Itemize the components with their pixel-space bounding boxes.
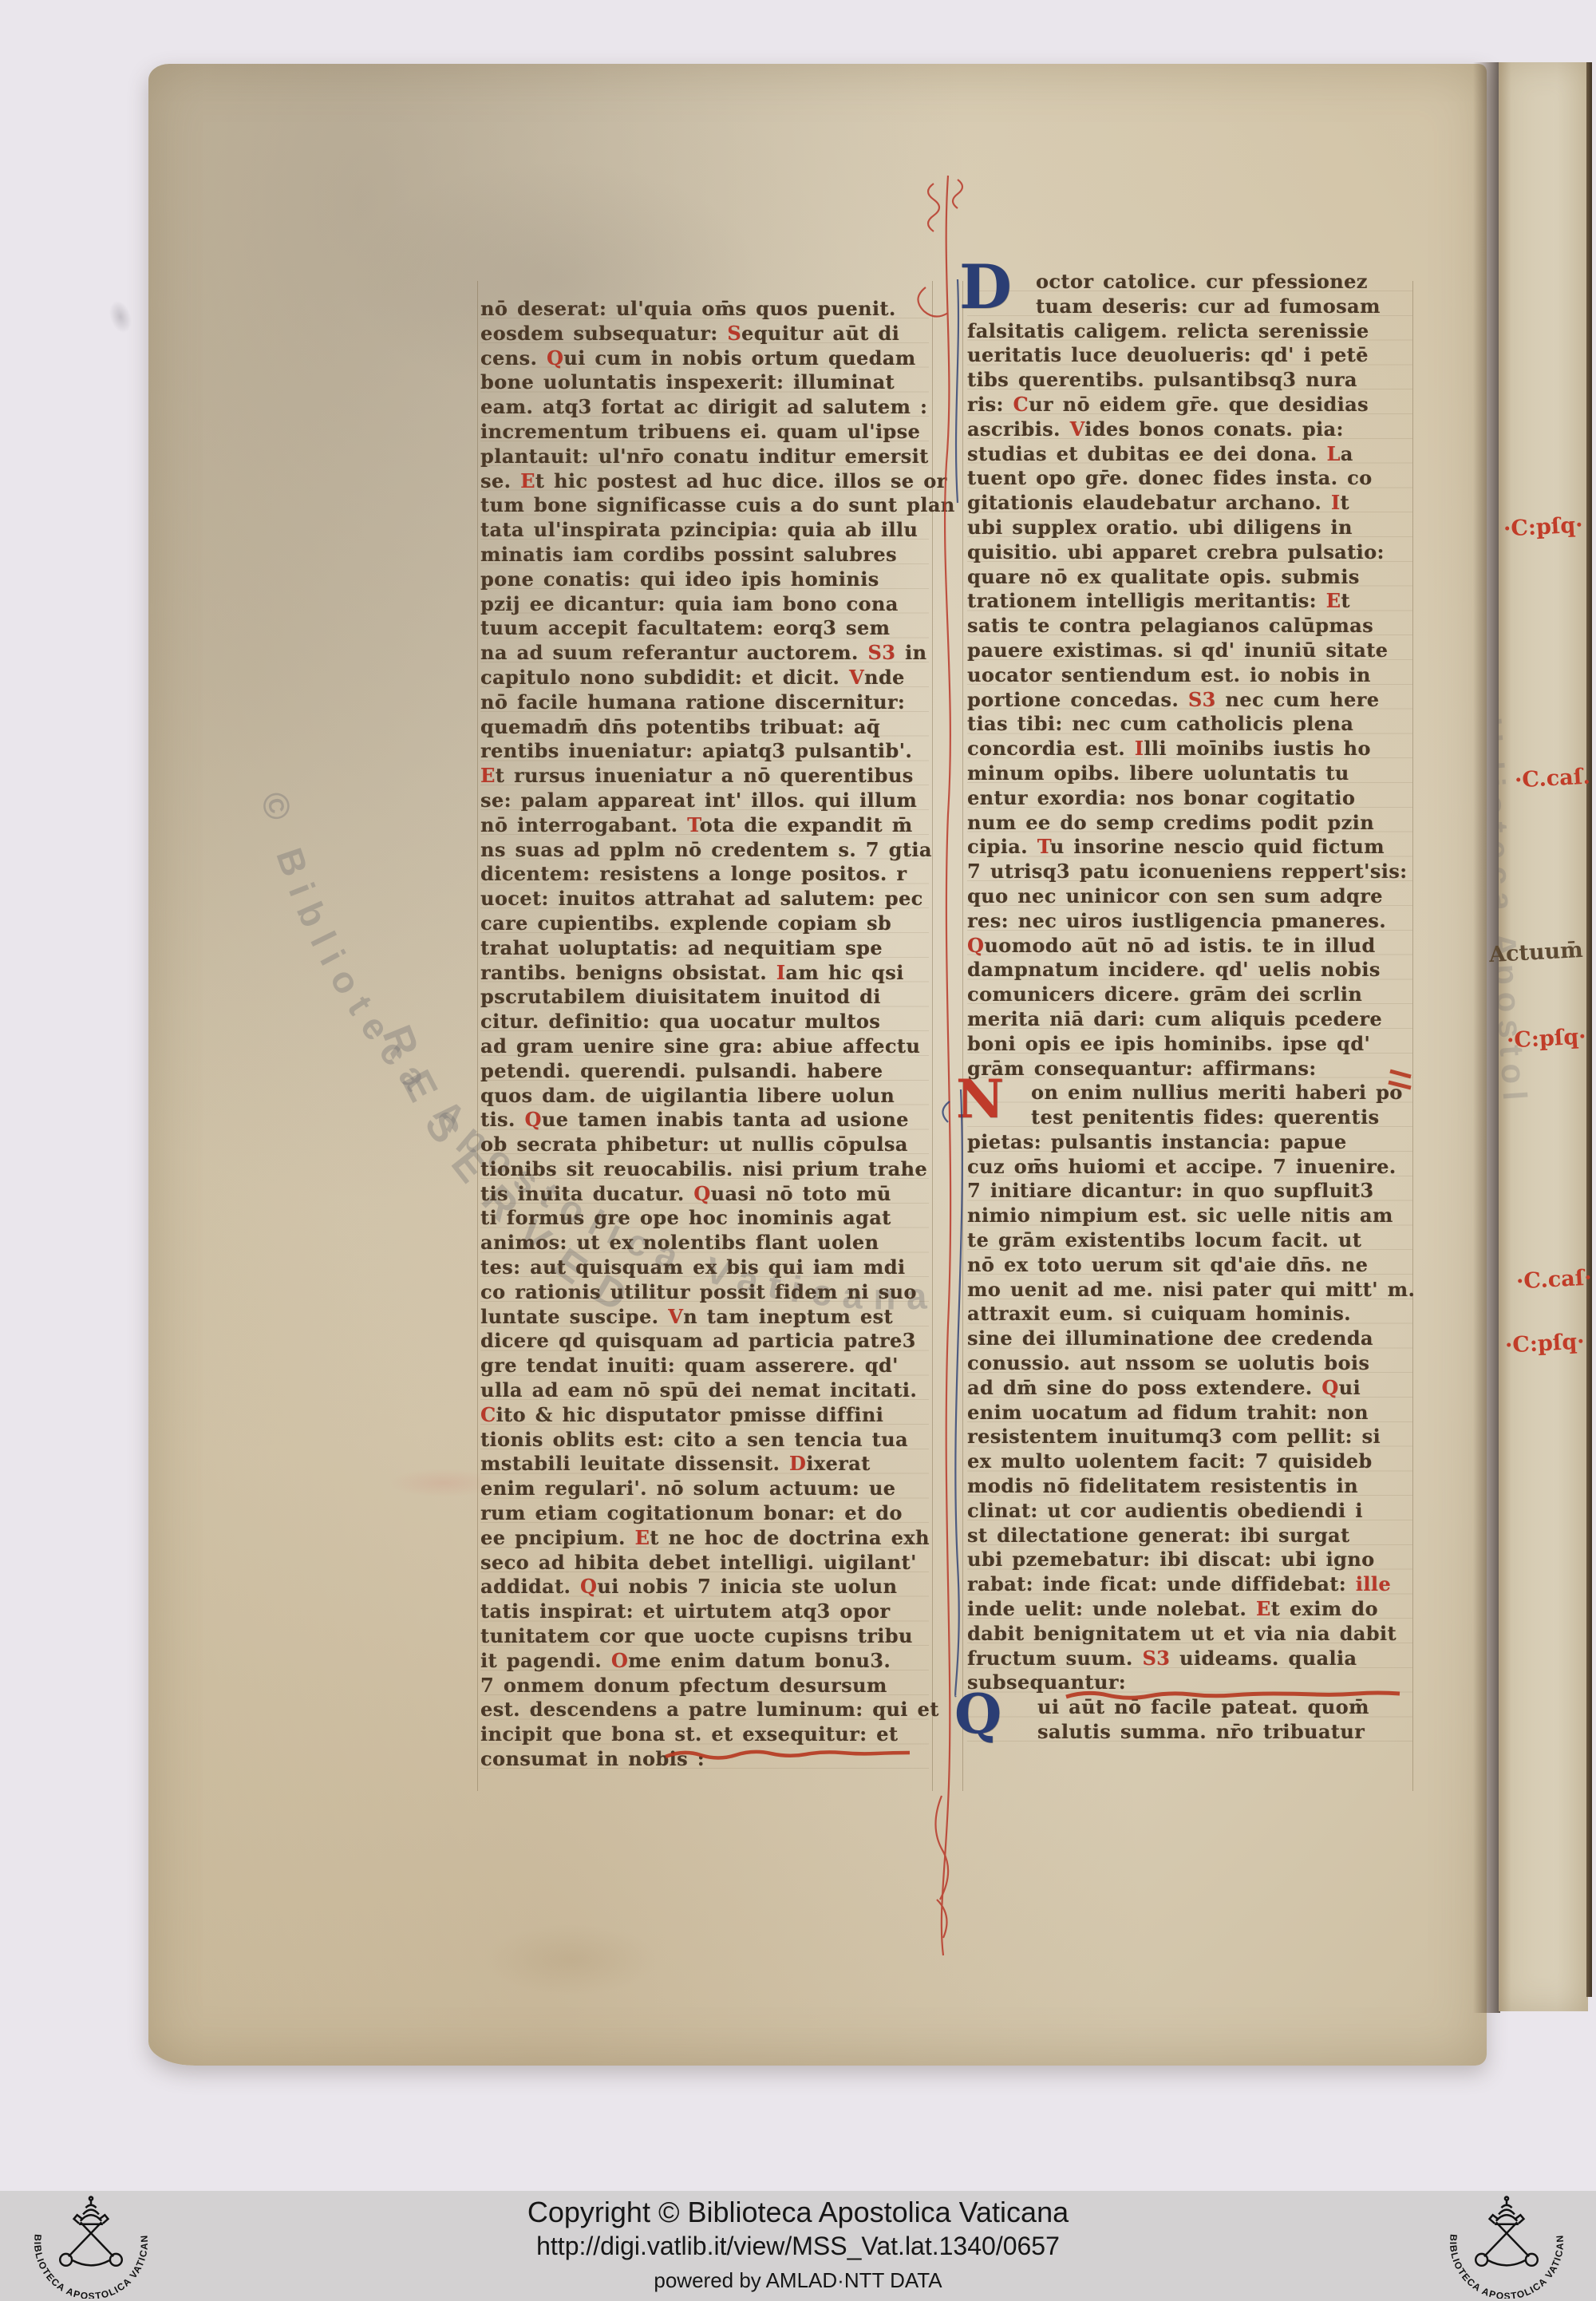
- manuscript-line: minum opibs. libere uoluntatis tu: [967, 761, 1412, 786]
- manuscript-line: uocet: inuitos attrahat ad salutem: pec: [480, 887, 929, 911]
- manuscript-line: capitulo nono subdidit: et dicit. Vnde: [480, 666, 929, 690]
- margin-note: Actuum̄: [1488, 938, 1583, 967]
- manuscript-line: tis inuita ducatur. Quasi nō toto mū: [480, 1182, 929, 1207]
- manuscript-line: 7 utrisq3 patu iconueniens reppert'sis:: [967, 860, 1412, 884]
- manuscript-line: modis nō fidelitatem resistentis in: [967, 1474, 1412, 1499]
- manuscript-line: st dilectatione generat: ibi surgat: [967, 1524, 1412, 1548]
- manuscript-line: dampnatum incidere. qd' uelis nobis: [967, 958, 1412, 982]
- margin-note: ·C:pſq·: [1504, 1329, 1585, 1358]
- manuscript-line: tuam deseris: cur ad fumosam: [967, 295, 1412, 319]
- manuscript-line: sine dei illuminatione dee credenda: [967, 1326, 1412, 1351]
- manuscript-line: resistentem inuitumq3 com pellit: si: [967, 1425, 1412, 1449]
- manuscript-line: grām consequantur: affirmans:: [967, 1057, 1412, 1081]
- illuminated-initial-N: N: [956, 1073, 1004, 1125]
- manuscript-line: tuum accepit facultatem: eorq3 sem: [480, 616, 929, 641]
- manuscript-line: dabit benignitatem ut et via nia dabit: [967, 1622, 1412, 1647]
- manuscript-line: animos: ut ex nolentibs flant uolen: [480, 1231, 929, 1255]
- manuscript-line: nō ex toto uerum sit qd'aie dn̄s. ne: [967, 1253, 1412, 1278]
- manuscript-line: te grām existentibs locum facit. ut: [967, 1228, 1412, 1253]
- manuscript-line: pietas: pulsantis instancia: papue: [967, 1130, 1412, 1155]
- manuscript-line: satis te contra pelagianos calūpmas: [967, 614, 1412, 639]
- manuscript-line: tes: aut quisquam ex bis qui iam mdi: [480, 1255, 929, 1280]
- manuscript-line: luntate suscipe. Vn tam ineptum est: [480, 1305, 929, 1330]
- manuscript-line: bone uoluntatis inspexerit: illuminat: [480, 370, 929, 395]
- manuscript-line: cens. Qui cum in nobis ortum quedam: [480, 346, 929, 371]
- manuscript-line: rabat: inde ficat: unde diffidebat: ille: [967, 1572, 1412, 1597]
- manuscript-line: enim uocatum ad fidum trahit: non: [967, 1401, 1412, 1425]
- manuscript-line: pone conatis: qui ideo ipis hominis: [480, 567, 929, 592]
- manuscript-line: est. descendens a patre luminum: qui et: [480, 1698, 929, 1722]
- svg-text:BIBLIOTECA APOSTOLICA VATICANA: BIBLIOTECA APOSTOLICA VATICANA: [1433, 2193, 1566, 2299]
- manuscript-line: salutis summa. nr̄o tribuatur: [967, 1720, 1412, 1745]
- manuscript-line: enim regulari'. nō solum actuum: ue: [480, 1477, 929, 1501]
- manuscript-line: it pagendi. Ome enim datum bonu3.: [480, 1649, 929, 1674]
- manuscript-line: gre tendat inuiti: quam asserere. qd': [480, 1354, 929, 1378]
- stray-mark: [105, 298, 136, 336]
- manuscript-line: gitationis elaudebatur archano. It: [967, 491, 1412, 516]
- manuscript-line: ns suas ad pplm nō credentem s. 7 gtia: [480, 838, 929, 863]
- manuscript-line: entur exordia: nos bonar cogitatio: [967, 786, 1412, 811]
- manuscript-line: portione concedas. S3 nec cum here: [967, 688, 1412, 713]
- manuscript-line: tata ul'inspirata pzincipia: quia ab ill…: [480, 518, 929, 543]
- parchment-stain: [484, 1923, 659, 1995]
- manuscript-line: pzij ee dicantur: quia iam bono cona: [480, 592, 929, 617]
- manuscript-line: Cito & hic disputator pmisse diffini: [480, 1403, 929, 1428]
- manuscript-line: ubi pzemebatur: ibi discat: ubi igno: [967, 1548, 1412, 1572]
- manuscript-line: ad dm̄ sine do poss extendere. Qui: [967, 1376, 1412, 1401]
- manuscript-line: nō interrogabant. Tota die expandit m̄: [480, 813, 929, 838]
- manuscript-line: quo nec uninicor con sen sum adqre: [967, 884, 1412, 909]
- manuscript-line: eam. atq3 fortat ac dirigit ad salutem :: [480, 395, 929, 420]
- manuscript-line: minatis iam cordibs possint salubres: [480, 543, 929, 567]
- manuscript-line: tis. Que tamen inabis tanta ad usione: [480, 1108, 929, 1133]
- manuscript-line: pscrutabilem diuisitatem inuitod di: [480, 985, 929, 1010]
- ruling-line: [477, 281, 478, 1791]
- manuscript-line: addidat. Qui nobis 7 inicia ste uolun: [480, 1575, 929, 1599]
- manuscript-line: pauere existimas. si qd' inuniū sitate: [967, 639, 1412, 663]
- manuscript-line: trahat uoluptatis: ad nequitiam spe: [480, 936, 929, 961]
- manuscript-line: 7 initiare dicantur: in quo supfluit3: [967, 1179, 1412, 1204]
- manuscript-line: attraxit eum. si cuiquam hominis.: [967, 1302, 1412, 1326]
- footer-powered-by: powered by AMLAD·NTT DATA: [0, 2268, 1596, 2293]
- manuscript-line: ulla ad eam nō spū dei nemat incitati.: [480, 1378, 929, 1403]
- manuscript-line: petendi. querendi. pulsandi. habere: [480, 1059, 929, 1084]
- manuscript-line: tuent opo gr̄e. donec fides insta. co: [967, 466, 1412, 491]
- manuscript-line: nō deserat: ul'quia om̄s quos puenit.: [480, 297, 929, 322]
- footer-copyright: Copyright © Biblioteca Apostolica Vatica…: [0, 2196, 1596, 2229]
- manuscript-line: co rationis utilitur possit fidem ni suo: [480, 1280, 929, 1305]
- manuscript-line: se: palam appareat int' illos. qui illum: [480, 789, 929, 813]
- manuscript-line: tibs querentibs. pulsantibsq3 nura: [967, 368, 1412, 393]
- manuscript-line: rentibs inueniatur: apiatq3 pulsantib'.: [480, 739, 929, 764]
- manuscript-line: octor catolice. cur pfessionez: [967, 270, 1412, 295]
- manuscript-line: rum etiam cogitationum bonar: et do: [480, 1501, 929, 1526]
- manuscript-line: ubi supplex oratio. ubi diligens in: [967, 516, 1412, 540]
- manuscript-line: concordia est. Illi moīnibs iustis ho: [967, 737, 1412, 761]
- manuscript-line: num ee do semp credims podit pzin: [967, 811, 1412, 836]
- manuscript-line: tionibs sit reuocabilis. nisi prium trah…: [480, 1157, 929, 1182]
- manuscript-line: falsitatis caligem. relicta serenissie: [967, 319, 1412, 344]
- manuscript-line: incrementum tribuens ei. quam ul'ipse: [480, 420, 929, 445]
- manuscript-photo: Biblioteca Apostol © Biblioteca Apostoli…: [0, 0, 1596, 2191]
- manuscript-line: mo uenit ad me. nisi pater qui mitt' m.: [967, 1278, 1412, 1303]
- manuscript-line: ad gram uenire sine gra: abiue affectu: [480, 1034, 929, 1059]
- manuscript-line: tatis inspirat: et uirtutem atq3 opor: [480, 1599, 929, 1624]
- manuscript-line: ascribis. Vides bonos conats. pia:: [967, 417, 1412, 442]
- manuscript-line: Et rursus inueniatur a nō querentibus: [480, 764, 929, 789]
- manuscript-line: inde uelit: unde nolebat. Et exim do: [967, 1597, 1412, 1622]
- manuscript-line: test penitentis fides: querentis: [967, 1105, 1412, 1130]
- manuscript-line: quos dam. de uigilantia libere uolun: [480, 1084, 929, 1109]
- manuscript-line: tias tibi: nec cum catholicis plena: [967, 712, 1412, 737]
- manuscript-line: tum bone significasse cuis a do sunt pla…: [480, 493, 929, 518]
- manuscript-line: ee pncipium. Et ne hoc de doctrina exh: [480, 1526, 929, 1551]
- manuscript-line: tunitatem cor que uocte cupisns tribu: [480, 1624, 929, 1649]
- manuscript-line: rantibs. benigns obsistat. Iam hic qsi: [480, 961, 929, 986]
- illuminated-initial-Q: Q: [954, 1687, 1001, 1742]
- manuscript-line: ti formus gre ope hoc inominis agat: [480, 1206, 929, 1231]
- manuscript-line: cipia. Tu insorine nescio quid fictum: [967, 835, 1412, 860]
- manuscript-line: eosdem subsequatur: Sequitur aūt di: [480, 322, 929, 346]
- manuscript-line: boni opis ee ipis hominibs. ipse qd': [967, 1032, 1412, 1057]
- manuscript-line: Quomodo aūt nō ad istis. te in illud: [967, 934, 1412, 959]
- manuscript-line: mstabili leuitate dissensit. Dixerat: [480, 1452, 929, 1477]
- manuscript-line: ui aūt nō facile pateat. quom̄: [967, 1695, 1412, 1720]
- binding-gutter-shadow: [1473, 62, 1500, 2013]
- manuscript-line: incipit que bona st. et exsequitur: et: [480, 1722, 929, 1747]
- manuscript-line: 7 onmem donum pfectum desursum: [480, 1674, 929, 1698]
- manuscript-line: dicentem: resistens a longe positos. r: [480, 862, 929, 887]
- manuscript-line: citur. definitio: qua uocatur multos: [480, 1010, 929, 1034]
- manuscript-line: cuz om̄s huiomi et accipe. 7 inuenire.: [967, 1155, 1412, 1180]
- illuminated-initial-D: D: [959, 257, 1012, 318]
- manuscript-line: quare nō ex qualitate opis. submis: [967, 565, 1412, 590]
- manuscript-line: tionis oblits est: cito a sen tencia tua: [480, 1428, 929, 1453]
- manuscript-line: comunicers dicere. grām dei scrlin: [967, 982, 1412, 1007]
- manuscript-line: se. Et hic postest ad huc dice. illos se…: [480, 469, 929, 494]
- manuscript-line: res: nec uiros iustligencia pmaneres.: [967, 909, 1412, 934]
- margin-note: ·C:pſq·: [1506, 1024, 1586, 1053]
- manuscript-column-right: octor catolice. cur pfessioneztuam deser…: [967, 270, 1412, 1745]
- manuscript-line: care cupientibs. explende copiam sb: [480, 911, 929, 936]
- margin-note: ·C:pſq·: [1503, 512, 1583, 541]
- manuscript-line: nō facile humana ratione discernitur:: [480, 690, 929, 715]
- manuscript-line: clinat: ut cor audientis obediendi i: [967, 1499, 1412, 1524]
- manuscript-line: fructum suum. S3 uideams. qualia: [967, 1647, 1412, 1671]
- manuscript-line: on enim nullius meriti haberi po: [967, 1081, 1412, 1105]
- manuscript-line: quemadm̄ dn̄s potentibs tribuat: aq̄: [480, 715, 929, 740]
- ruling-line: [962, 281, 963, 1791]
- manuscript-line: nimio nimpium est. sic uelle nitis am: [967, 1204, 1412, 1228]
- manuscript-line: trationem intelligis meritantis: Et: [967, 589, 1412, 614]
- footer-bar: BIBLIOTECA APOSTOLICA VATICANA Copyright…: [0, 2191, 1596, 2301]
- manuscript-line: studias et dubitas ee dei dona. La: [967, 442, 1412, 467]
- manuscript-line: quisitio. ubi apparet crebra pulsatio:: [967, 540, 1412, 565]
- manuscript-line: seco ad hibita debet intelligi. uigilant…: [480, 1551, 929, 1576]
- manuscript-line: subsequantur:: [967, 1670, 1412, 1695]
- manuscript-line: consumat in nobis :: [480, 1747, 929, 1772]
- manuscript-line: merita niā dari: cum aliquis pcedere: [967, 1007, 1412, 1032]
- manuscript-line: ueritatis luce deuolueris: qd' i petē: [967, 343, 1412, 368]
- manuscript-line: dicere qd quisquam ad particia patre3: [480, 1329, 929, 1354]
- manuscript-line: conussio. aut nssom se uolutis bois: [967, 1351, 1412, 1376]
- book-fore-edge: [1586, 62, 1592, 1997]
- manuscript-column-left: nō deserat: ul'quia om̄s quos puenit.eos…: [480, 297, 929, 1772]
- margin-note: ·C.caſ.: [1514, 765, 1590, 793]
- vatican-library-logo-right: BIBLIOTECA APOSTOLICA VATICANA: [1420, 2193, 1593, 2299]
- manuscript-line: na ad suum referantur auctorem. S3 in: [480, 641, 929, 666]
- manuscript-line: ob secrata phibetur: ut nullis cōpulsa: [480, 1133, 929, 1157]
- margin-note: ·C.caſ·: [1515, 1266, 1592, 1295]
- manuscript-line: uocator sentiendum est. io nobis in: [967, 663, 1412, 688]
- manuscript-line: plantauit: ul'nr̄o conatu inditur emersi…: [480, 445, 929, 469]
- manuscript-line: ris: Cur nō eidem gr̄e. que desidias: [967, 393, 1412, 417]
- ruling-line: [1412, 281, 1413, 1791]
- manuscript-line: ex multo uolentem facit: 7 quisideb: [967, 1449, 1412, 1474]
- footer-url: http://digi.vatlib.it/view/MSS_Vat.lat.1…: [0, 2232, 1596, 2261]
